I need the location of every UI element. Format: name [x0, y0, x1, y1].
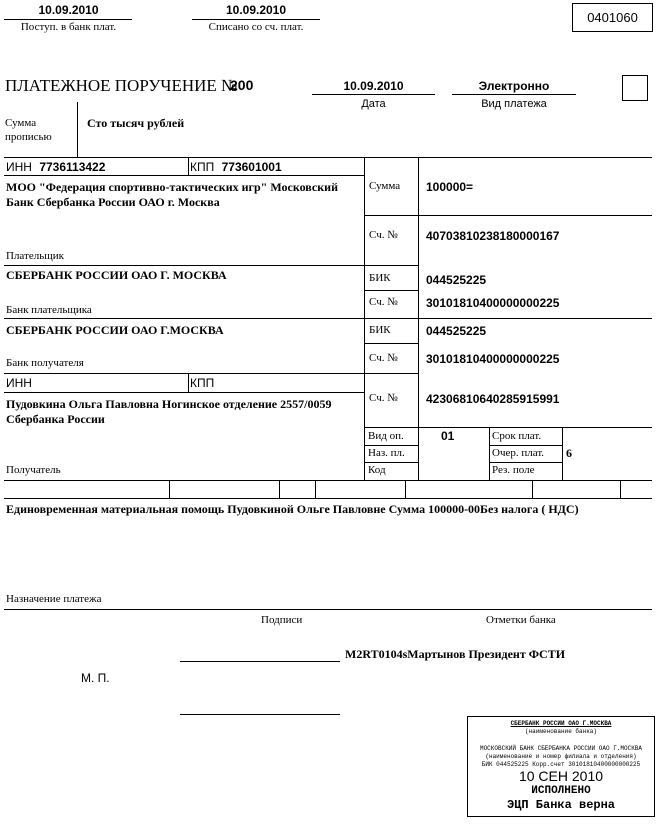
grid-line [188, 157, 189, 175]
stamp-place-label: М. П. [81, 671, 110, 685]
payer-bank-account-value: 30101810400000000225 [426, 296, 559, 310]
grid-line [364, 462, 418, 463]
payer-bank-name: СБЕРБАНК РОССИИ ОАО Г. МОСКВА [6, 268, 227, 283]
received-date-label: Поступ. в банк плат. [5, 21, 132, 33]
grid-line [4, 392, 364, 393]
grid-line [489, 445, 562, 446]
grid-line [4, 373, 418, 374]
grid-line [188, 373, 189, 392]
payer-kpp: КПП 773601001 [190, 160, 282, 174]
signatures-label: Подписи [261, 614, 302, 626]
purpose-label: Назначение платежа [6, 593, 101, 605]
payee-bank-bik-label: БИК [369, 324, 391, 336]
grid-line [489, 462, 562, 463]
payee-bank-bik-value: 044525225 [426, 324, 486, 338]
stamp-branch-caption: (наименование и номер филиала и отделени… [468, 753, 654, 760]
amount-words-label-line1: Сумма [5, 116, 52, 130]
amount-words-value: Сто тысяч рублей [87, 116, 184, 131]
payee-inn: ИНН [6, 376, 36, 390]
signature-line-1 [180, 661, 340, 662]
priority-label: Очер. плат. [492, 447, 544, 459]
stamp-bank-caption: (наименование банка) [468, 728, 654, 735]
payment-type-label: Вид платежа [452, 98, 576, 110]
stamp-bik: БИК 044525225 Корр.счет 3010181040000000… [468, 761, 654, 768]
grid-line [4, 318, 652, 319]
payee-label: Получатель [6, 464, 61, 476]
document-date-label: Дата [312, 98, 435, 110]
status-box [622, 75, 648, 101]
grid-line [364, 427, 652, 428]
purpose-text: Единовременная материальная помощь Пудов… [6, 502, 591, 517]
payee-bank-account-value: 30101810400000000225 [426, 352, 559, 366]
payer-kpp-value: 773601001 [222, 160, 282, 174]
amount-value: 100000= [426, 180, 473, 194]
signature-line-2 [180, 714, 340, 715]
grid-line [562, 427, 563, 480]
grid-line [4, 498, 652, 499]
payer-inn: ИНН 7736113422 [6, 160, 105, 174]
payer-bank-account-label: Сч. № [369, 296, 398, 308]
document-date: 10.09.2010 [312, 79, 435, 93]
grid-line [364, 343, 418, 344]
stamp-status: ИСПОЛНЕНО [468, 785, 654, 798]
debited-date-label: Списано со сч. плат. [192, 21, 320, 33]
grid-line [279, 480, 280, 498]
payee-account-value: 42306810640285915991 [426, 392, 559, 406]
payer-account-label: Сч. № [369, 229, 398, 241]
payer-kpp-label: КПП [190, 160, 214, 174]
grid-line [364, 445, 418, 446]
document-number: 200 [230, 77, 253, 93]
grid-line [364, 215, 652, 216]
payer-bank-label: Банк плательщика [6, 304, 92, 316]
stamp-date: 10 СЕН 2010 [468, 769, 654, 784]
amount-label: Сумма [369, 180, 400, 192]
payee-account-label: Сч. № [369, 392, 398, 404]
grid-line [169, 480, 170, 498]
payment-type: Электронно [452, 79, 576, 93]
due-label: Срок плат. [492, 430, 541, 442]
debited-date: 10.09.2010 [192, 3, 320, 17]
payer-bank-bik-label: БИК [369, 272, 391, 284]
grid-line [489, 427, 490, 480]
payee-name: Пудовкина Ольга Павловна Ногинское отдел… [6, 397, 361, 427]
payee-kpp: КПП [190, 376, 218, 390]
grid-line [364, 290, 418, 291]
grid-line [4, 157, 652, 158]
payer-name: МОО "Федерация спортивно-тактических игр… [6, 180, 361, 210]
stamp-bank-name: СБЕРБАНК РОССИИ ОАО Г.МОСКВА [468, 720, 654, 727]
payer-account-value: 40703810238180000167 [426, 229, 559, 243]
payer-label: Плательщик [6, 250, 64, 262]
grid-line [405, 480, 406, 498]
payee-kpp-label: КПП [190, 376, 214, 390]
op-type-label: Вид оп. [368, 430, 404, 442]
debited-date-line [192, 19, 320, 20]
bank-stamp: СБЕРБАНК РОССИИ ОАО Г.МОСКВА (наименован… [467, 716, 655, 817]
amount-words-label-line2: прописью [5, 130, 52, 144]
signer-text: M2RT0104sМартынов Президент ФСТИ [345, 647, 565, 662]
grid-line [532, 480, 533, 498]
bank-marks-label: Отметки банка [486, 614, 556, 626]
form-code-box: 0401060 [572, 3, 653, 32]
payer-inn-label: ИНН [6, 160, 32, 174]
stamp-signature-note: ЭЦП Банка верна [468, 798, 654, 812]
payer-inn-value: 7736113422 [39, 160, 105, 174]
document-title: ПЛАТЕЖНОЕ ПОРУЧЕНИЕ № [5, 76, 237, 96]
purpose-line [4, 609, 652, 610]
op-type-value: 01 [441, 429, 454, 443]
amount-words-divider [77, 102, 78, 157]
payee-inn-label: ИНН [6, 376, 32, 390]
document-date-line [312, 94, 435, 95]
grid-line [4, 480, 652, 481]
amount-words-label: Сумма прописью [5, 116, 52, 144]
payee-bank-label: Банк получателя [6, 357, 84, 369]
payment-type-line [452, 94, 576, 95]
payee-bank-name: СБЕРБАНК РОССИИ ОАО Г.МОСКВА [6, 323, 224, 338]
priority-value: 6 [566, 446, 572, 461]
payer-bank-bik-value: 044525225 [426, 273, 486, 287]
grid-line [315, 480, 316, 498]
payee-bank-account-label: Сч. № [369, 352, 398, 364]
code-label: Код [368, 464, 386, 476]
grid-line [4, 265, 418, 266]
grid-line [620, 480, 621, 498]
stamp-branch-name: МОСКОВСКИЙ БАНК СБЕРБАНКА РОССИИ ОАО Г.М… [468, 745, 654, 752]
received-date: 10.09.2010 [5, 3, 132, 17]
reserve-label: Рез. поле [492, 464, 534, 476]
purpose-code-label: Наз. пл. [368, 447, 405, 459]
received-date-line [4, 19, 132, 20]
grid-line [4, 175, 364, 176]
